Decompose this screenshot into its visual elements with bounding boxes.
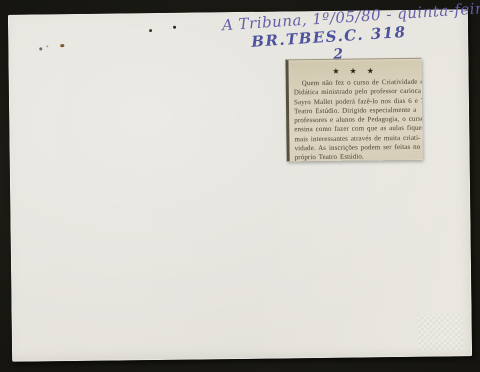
ink-speck bbox=[39, 47, 42, 50]
clipping-line: próprio Teatro Estúdio. bbox=[295, 152, 423, 161]
news-clipping: ★ ★ ★ Quem não fez o curso de Criativida… bbox=[285, 58, 422, 162]
ink-speck bbox=[149, 29, 152, 32]
ink-speck bbox=[173, 26, 176, 29]
photo-back-paper: A Tribuna, 1º/05/80 - quinta-feira BR.TB… bbox=[8, 9, 472, 362]
ink-speck bbox=[46, 45, 48, 47]
ink-speck bbox=[60, 44, 64, 47]
embossed-watermark bbox=[418, 314, 464, 351]
clipping-text: Quem não fez o curso de Criatividade da … bbox=[289, 78, 423, 162]
three-stars-icon: ★ ★ ★ bbox=[288, 59, 421, 77]
